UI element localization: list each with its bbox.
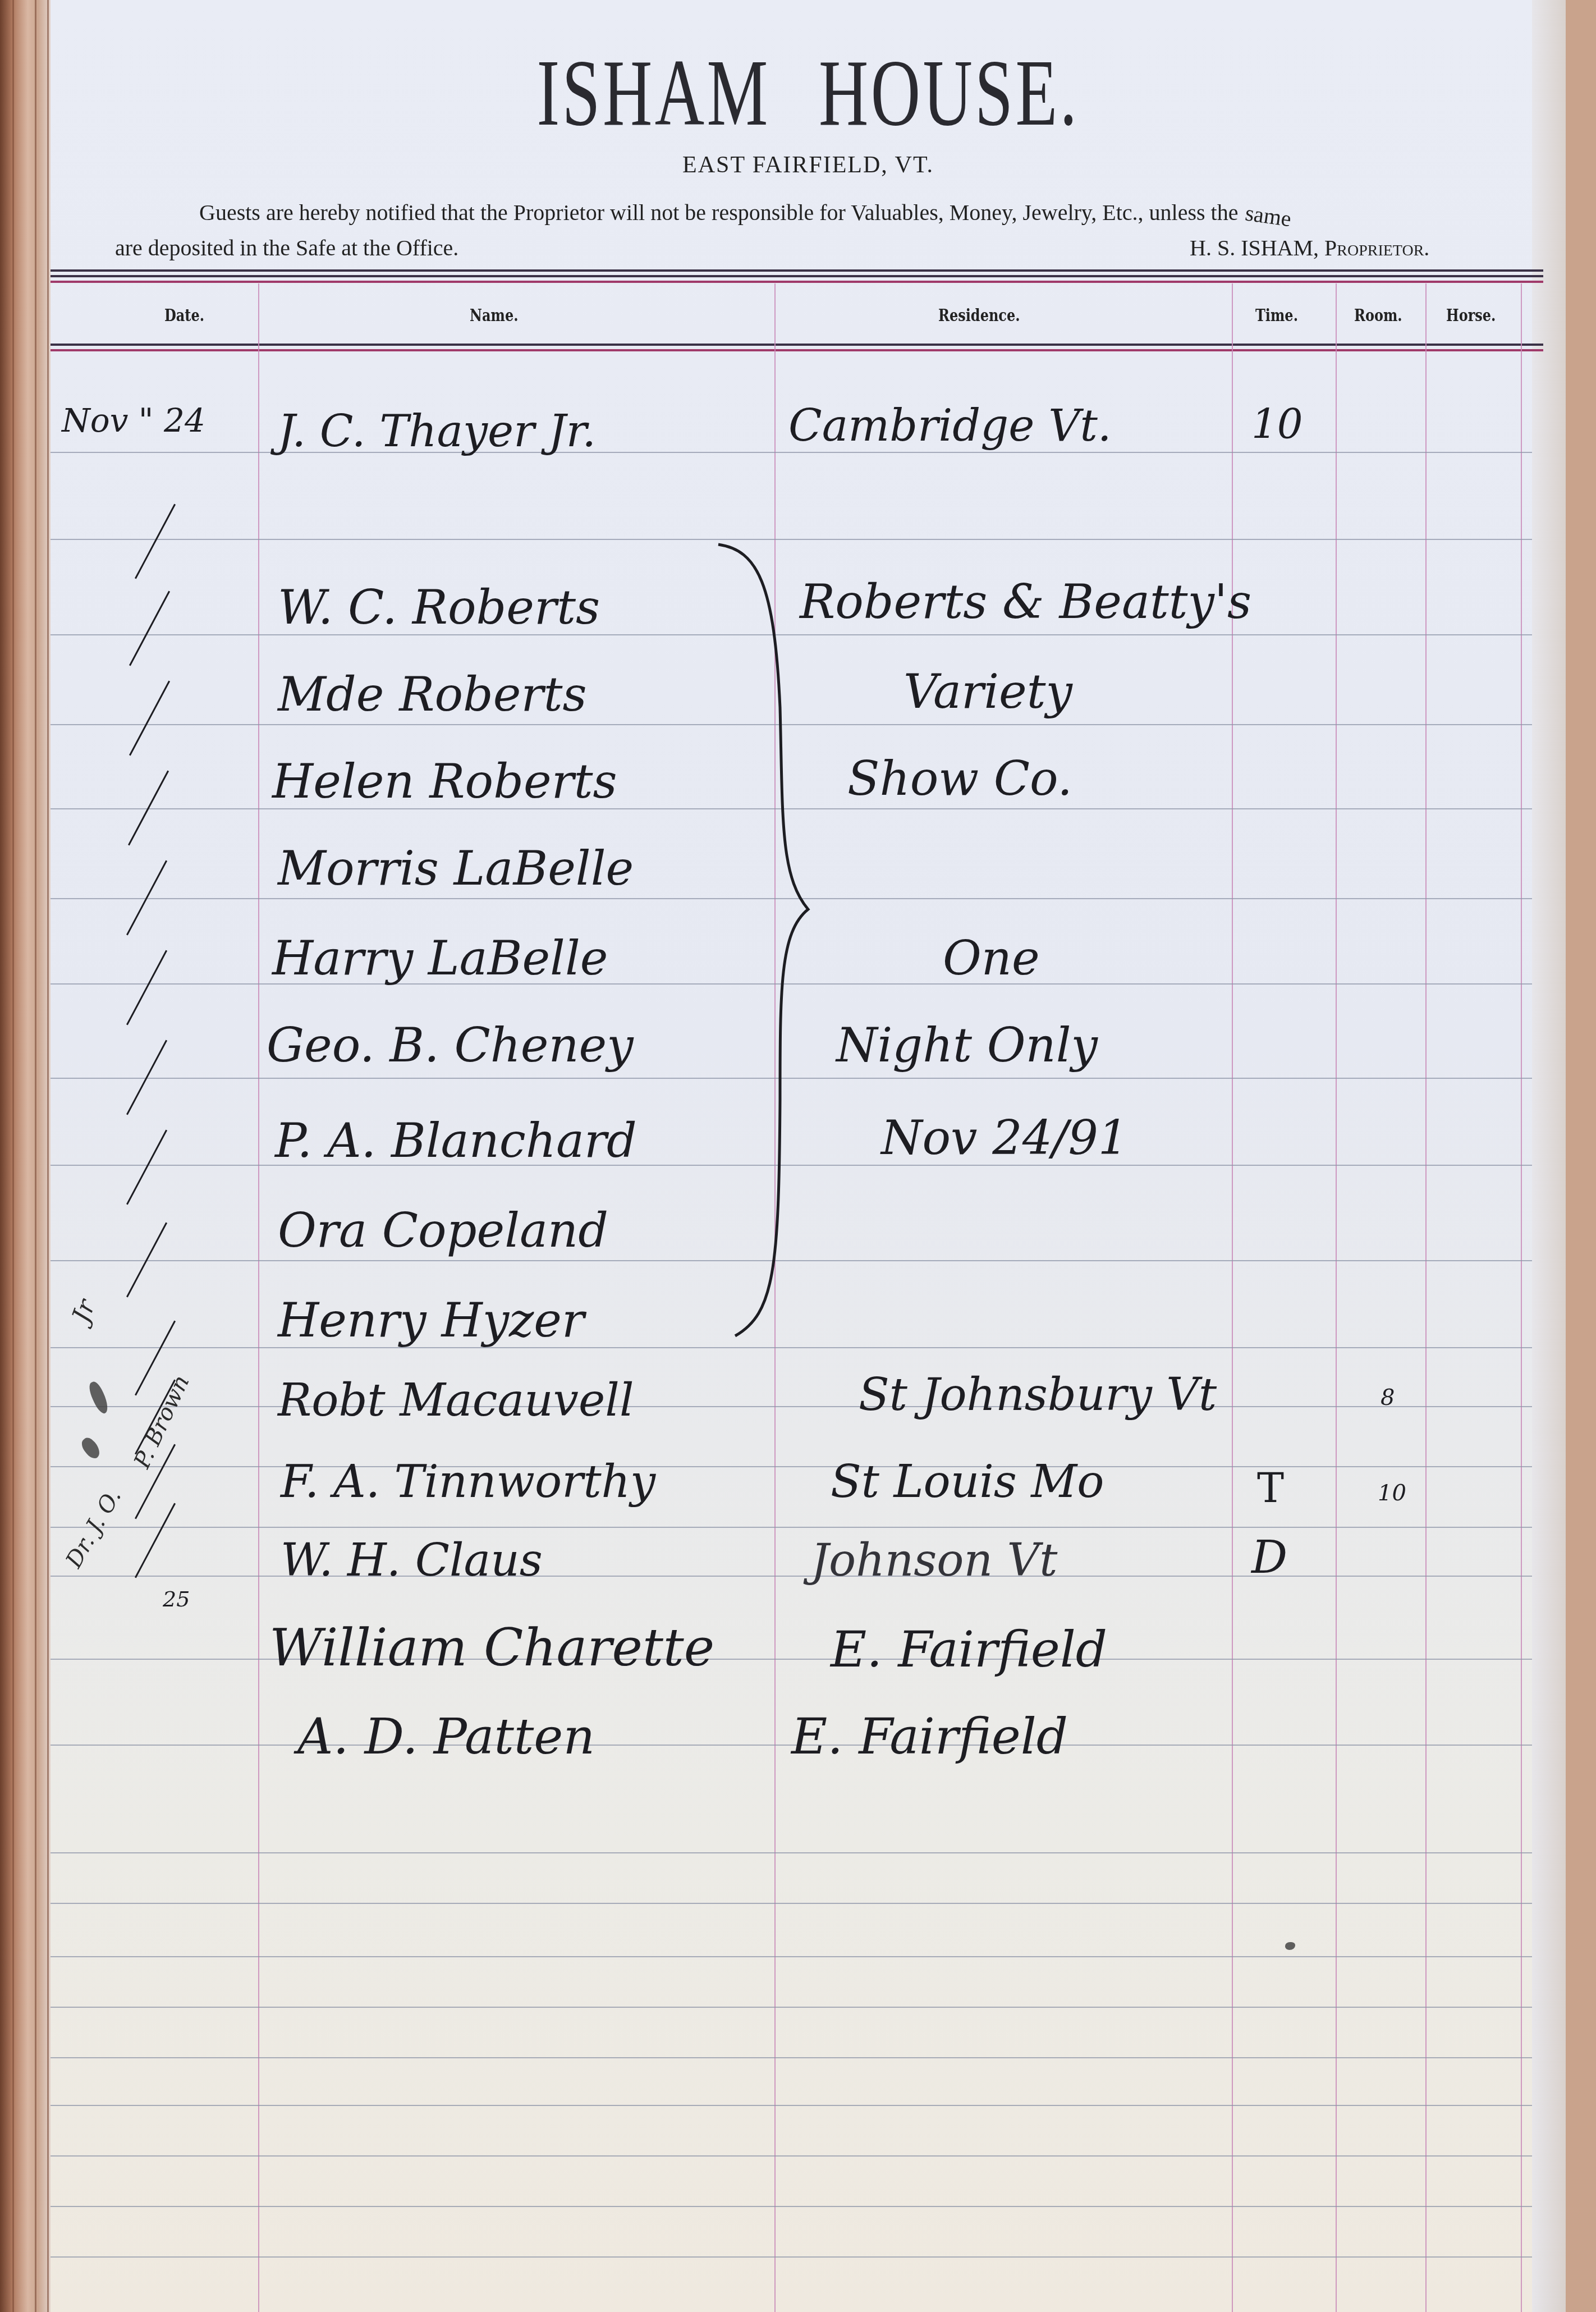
check-mark [129, 681, 170, 756]
ruled-line [51, 2057, 1532, 2058]
entry-time: T [1257, 1468, 1284, 1508]
entry-name: F. A. Tinnworthy [281, 1459, 655, 1504]
check-mark [129, 591, 170, 666]
ink-blot [86, 1380, 111, 1416]
proprietor-name: H. S. ISHAM, [1190, 235, 1324, 260]
hotel-title: ISHAMHOUSE. [263, 45, 1354, 140]
ruled-line [51, 452, 1532, 453]
entry-residence: Show Co. [847, 755, 1072, 802]
header-rule-bottom [51, 344, 1543, 355]
entry-name: Henry Hyzer [278, 1297, 584, 1344]
proprietor-signature: H. S. ISHAM, Proprietor. [1190, 235, 1429, 261]
entry-residence: Johnson Vt [811, 1538, 1057, 1583]
ruled-line [51, 1527, 1532, 1528]
ink-blot [1285, 1942, 1295, 1950]
entry-residence: E. Fairfield [791, 1712, 1068, 1761]
entry-residence: E. Fairfield [831, 1625, 1107, 1674]
entry-residence: St Johnsbury Vt [859, 1372, 1217, 1417]
ruled-line [51, 2105, 1532, 2106]
entry-name: Helen Roberts [272, 758, 617, 805]
column-header-room: Room. [1354, 306, 1402, 326]
check-mark [135, 504, 176, 579]
ruled-line [51, 2155, 1532, 2157]
column-header-name: Name. [470, 306, 519, 326]
ruled-line [51, 2256, 1532, 2258]
ink-blot [79, 1435, 103, 1461]
margin-note: Dr. J. O. [61, 1485, 127, 1572]
notice-line-1: Guests are hereby notified that the Prop… [199, 199, 1290, 226]
entry-name: Ora Copeland [278, 1207, 608, 1254]
entry-name: J. C. Thayer Jr. [278, 410, 596, 454]
check-mark [135, 1503, 176, 1578]
notice-text: Guests are hereby notified that the Prop… [199, 200, 1238, 225]
check-mark [126, 950, 167, 1025]
header-rule-top [51, 269, 1543, 286]
entry-name: Harry LaBelle [272, 935, 608, 982]
entry-name: William Charette [269, 1622, 714, 1674]
entry-time: 10 [1251, 404, 1303, 445]
register-page: ISHAMHOUSE. EAST FAIRFIELD, VT. Guests a… [51, 0, 1566, 2312]
entry-residence: Nov 24/91 [881, 1114, 1128, 1161]
ruled-line [51, 2206, 1532, 2207]
entry-name: W. H. Claus [281, 1538, 543, 1583]
entry-name: P. A. Blanchard [275, 1117, 637, 1164]
ruled-line [51, 1576, 1532, 1577]
title-left: ISHAM [536, 40, 770, 145]
proprietor-title: Proprietor. [1324, 235, 1429, 260]
entry-residence: Variety [904, 668, 1072, 715]
entry-name: W. C. Roberts [278, 584, 600, 631]
title-right: HOUSE. [819, 40, 1080, 145]
grouping-brace [713, 539, 825, 1370]
entry-residence: Cambridge Vt. [788, 404, 1112, 448]
entry-room: 8 [1381, 1386, 1395, 1409]
entry-name: Morris LaBelle [278, 845, 634, 892]
ruled-line [51, 1466, 1532, 1467]
ruled-line [51, 2007, 1532, 2008]
book-spine [0, 0, 51, 2312]
entry-residence: St Louis Mo [831, 1459, 1104, 1504]
ruled-line [51, 1903, 1532, 1904]
ruled-line [51, 1956, 1532, 1957]
column-header-date: Date. [164, 306, 204, 326]
entry-date: 25 [163, 1588, 190, 1610]
entry-residence: Night Only [836, 1022, 1098, 1069]
notice-line-2: are deposited in the Safe at the Office. [115, 235, 458, 261]
entry-name: Robt Macauvell [278, 1378, 634, 1423]
entry-date: Nov " 24 [62, 404, 205, 437]
ruled-line [51, 1406, 1532, 1407]
column-header-residence: Residence. [938, 306, 1020, 326]
entry-name: Mde Roberts [278, 671, 587, 718]
entry-name: Geo. B. Cheney [267, 1022, 634, 1069]
column-header-time: Time. [1255, 306, 1298, 326]
check-mark [126, 1130, 167, 1205]
entry-residence: One [943, 935, 1040, 982]
notice-text-tail: same [1244, 199, 1293, 232]
ruled-line [51, 1852, 1532, 1853]
entry-name: A. D. Patten [297, 1712, 595, 1761]
hotel-location: EAST FAIRFIELD, VT. [51, 152, 1566, 178]
entry-residence: Roberts & Beatty's [800, 578, 1251, 625]
entry-time: D [1251, 1535, 1287, 1580]
margin-note: Jr [67, 1296, 101, 1326]
column-header-horse: Horse. [1446, 306, 1496, 326]
entry-room: 10 [1378, 1482, 1406, 1504]
